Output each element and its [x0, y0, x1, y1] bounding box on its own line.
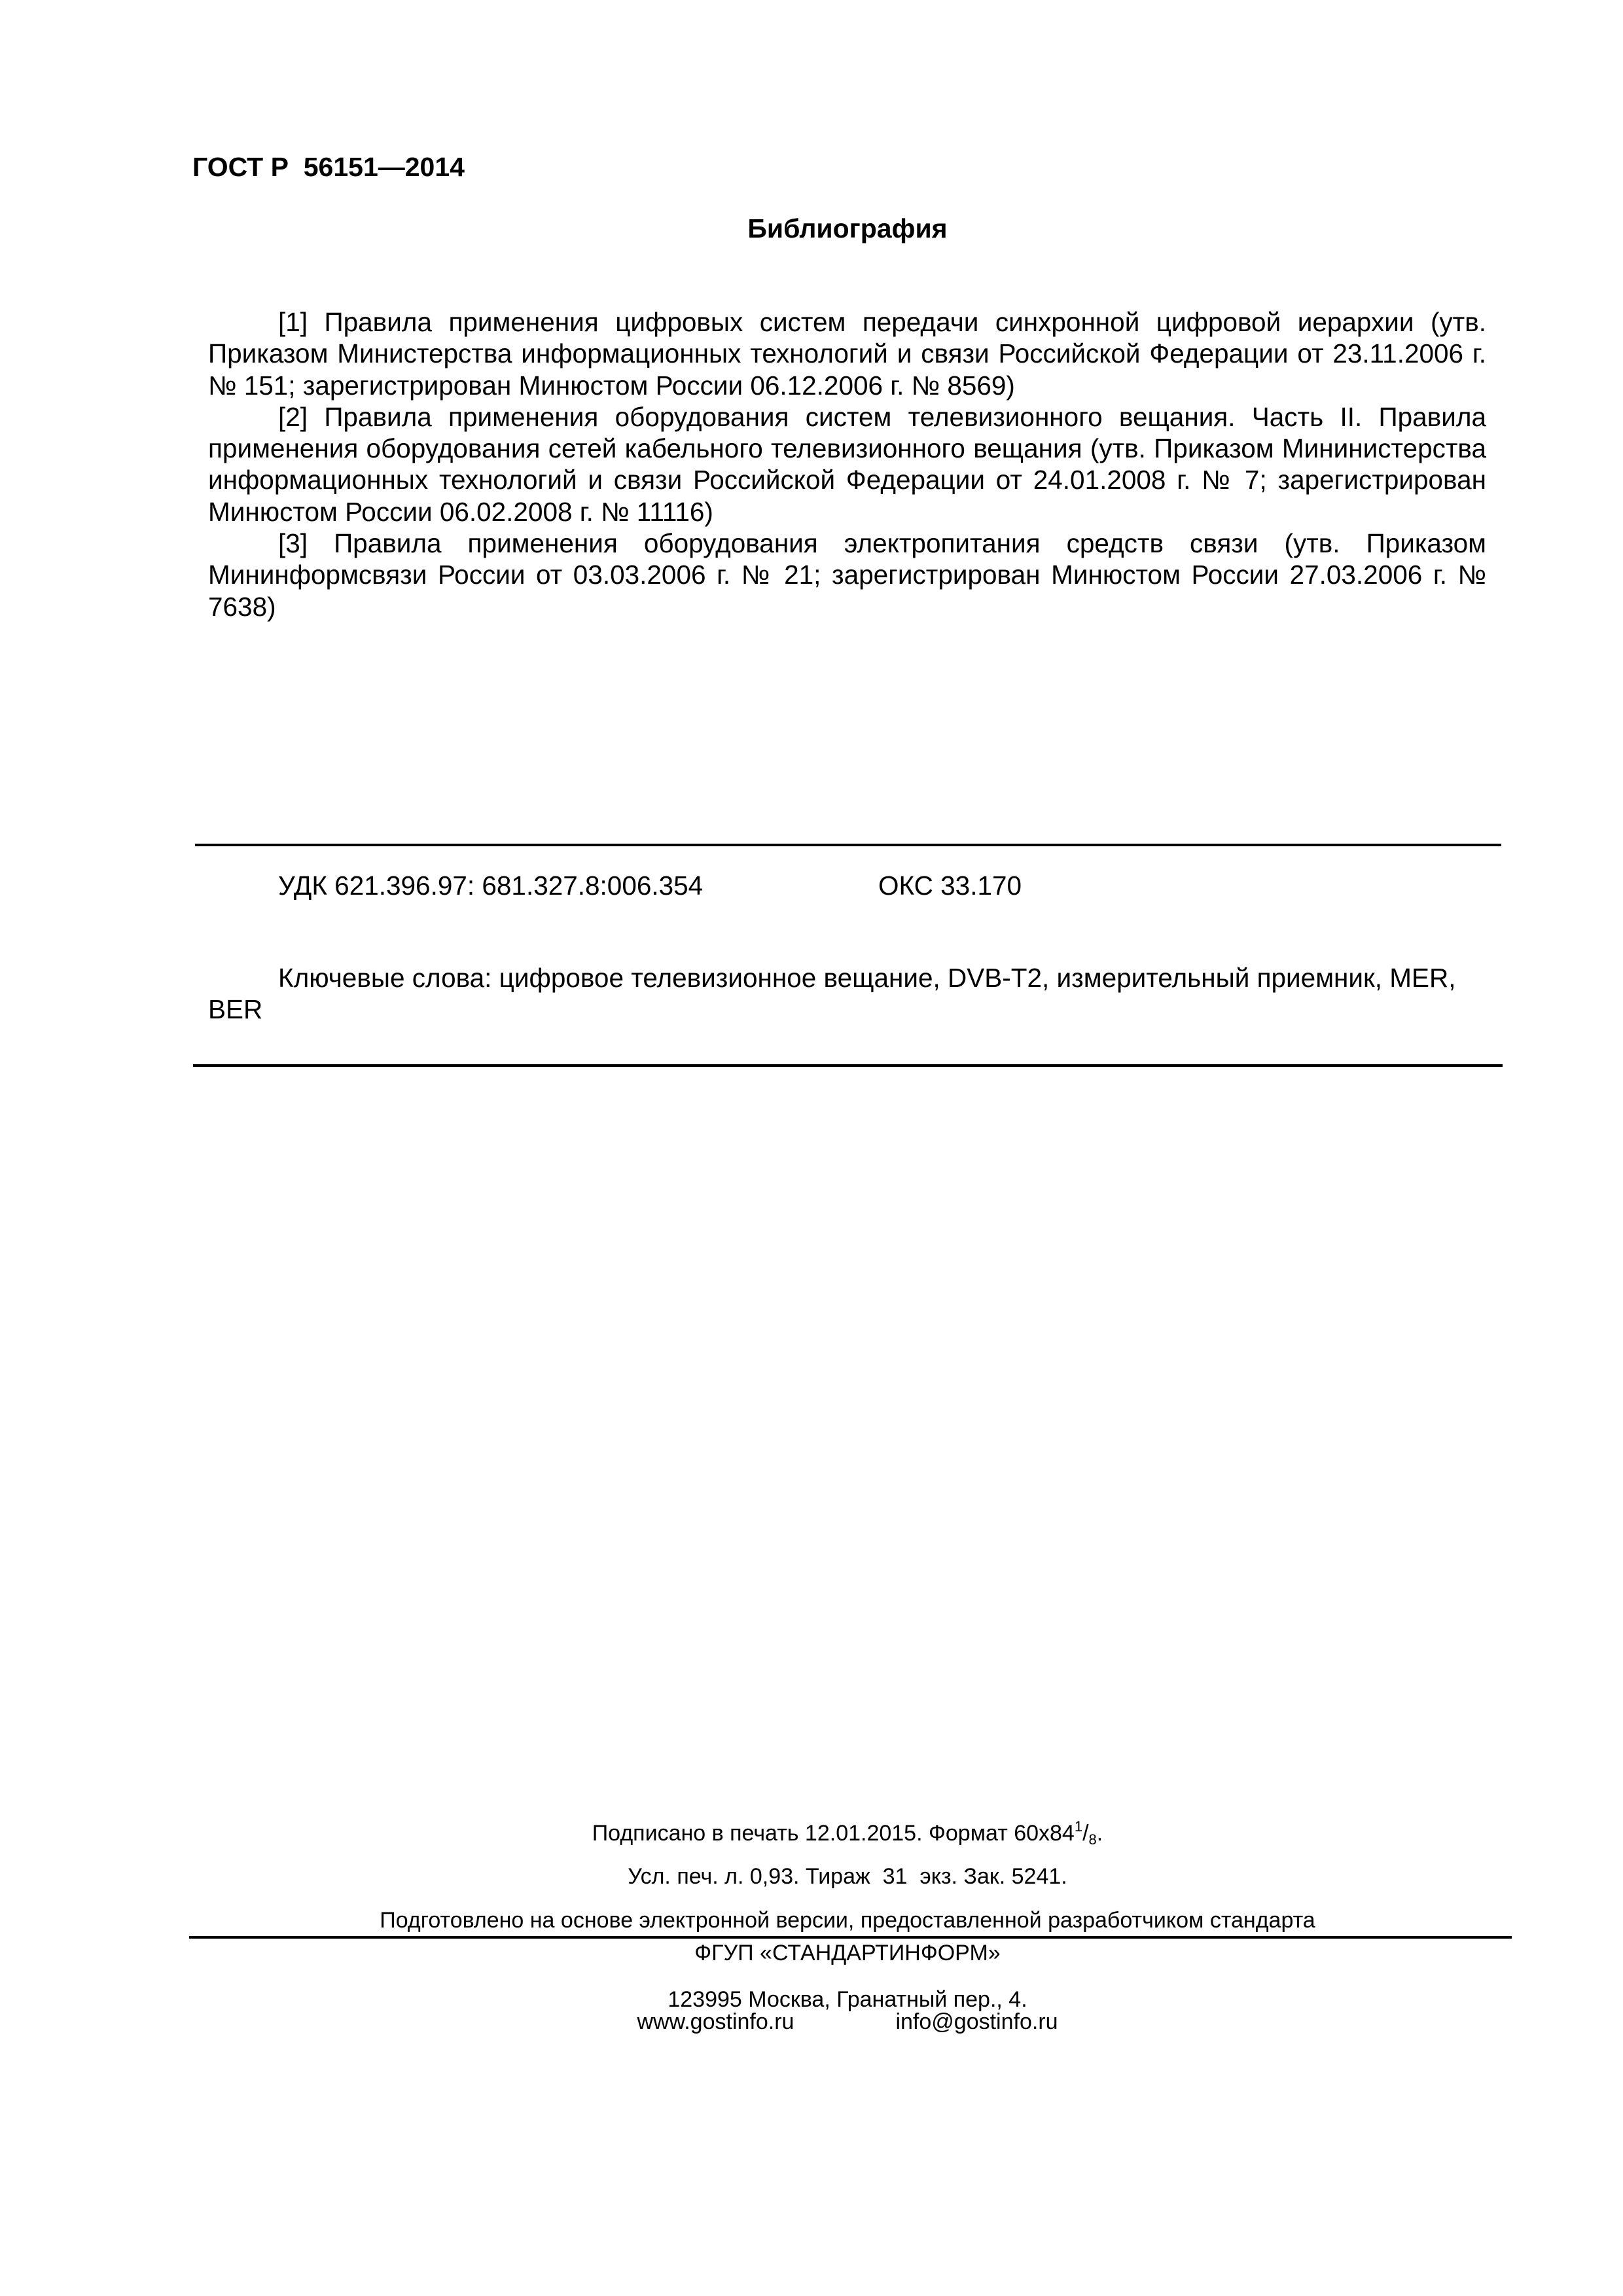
bibliography-entry-2: [2] Правила применения оборудования сист…	[208, 401, 1486, 528]
keywords: Ключевые слова: цифровое телевизионное в…	[208, 962, 1486, 1025]
section-title: Библиография	[0, 213, 1623, 244]
oks-code: ОКС 33.170	[878, 870, 1022, 901]
imprint-signed-suffix: .	[1097, 1821, 1103, 1846]
divider-top	[195, 844, 1501, 846]
document-code: ГОСТ Р 56151—2014	[192, 152, 465, 183]
imprint-signed-text: Подписано в печать 12.01.2015. Формат 60…	[592, 1821, 1075, 1846]
divider-bottom	[193, 1064, 1503, 1067]
bibliography-entry-3: [3] Правила применения оборудования элек…	[208, 528, 1486, 622]
bibliography-entry-1: [1] Правила применения цифровых систем п…	[208, 306, 1486, 401]
email-link[interactable]: info@gostinfo.ru	[895, 2009, 1058, 2035]
imprint-signed: Подписано в печать 12.01.2015. Формат 60…	[0, 1818, 1623, 1848]
publisher-name: ФГУП «СТАНДАРТИНФОРМ»	[0, 1941, 1623, 1966]
udk-code: УДК 621.396.97: 681.327.8:006.354	[278, 870, 703, 901]
imprint-prepared-note: Подготовлено на основе электронной верси…	[0, 1908, 1623, 1933]
format-fraction-numerator: 1	[1075, 1818, 1082, 1835]
website-link[interactable]: www.gostinfo.ru	[637, 2009, 794, 2035]
contact-row: www.gostinfo.ruinfo@gostinfo.ru	[0, 2009, 1623, 2035]
keywords-text: Ключевые слова: цифровое телевизионное в…	[208, 962, 1486, 1025]
imprint-divider	[189, 1936, 1512, 1939]
bibliography-list: [1] Правила применения цифровых систем п…	[208, 306, 1486, 622]
imprint-print-info: Усл. печ. л. 0,93. Тираж 31 экз. Зак. 52…	[0, 1864, 1623, 1890]
format-fraction-denominator: 8	[1089, 1831, 1097, 1848]
